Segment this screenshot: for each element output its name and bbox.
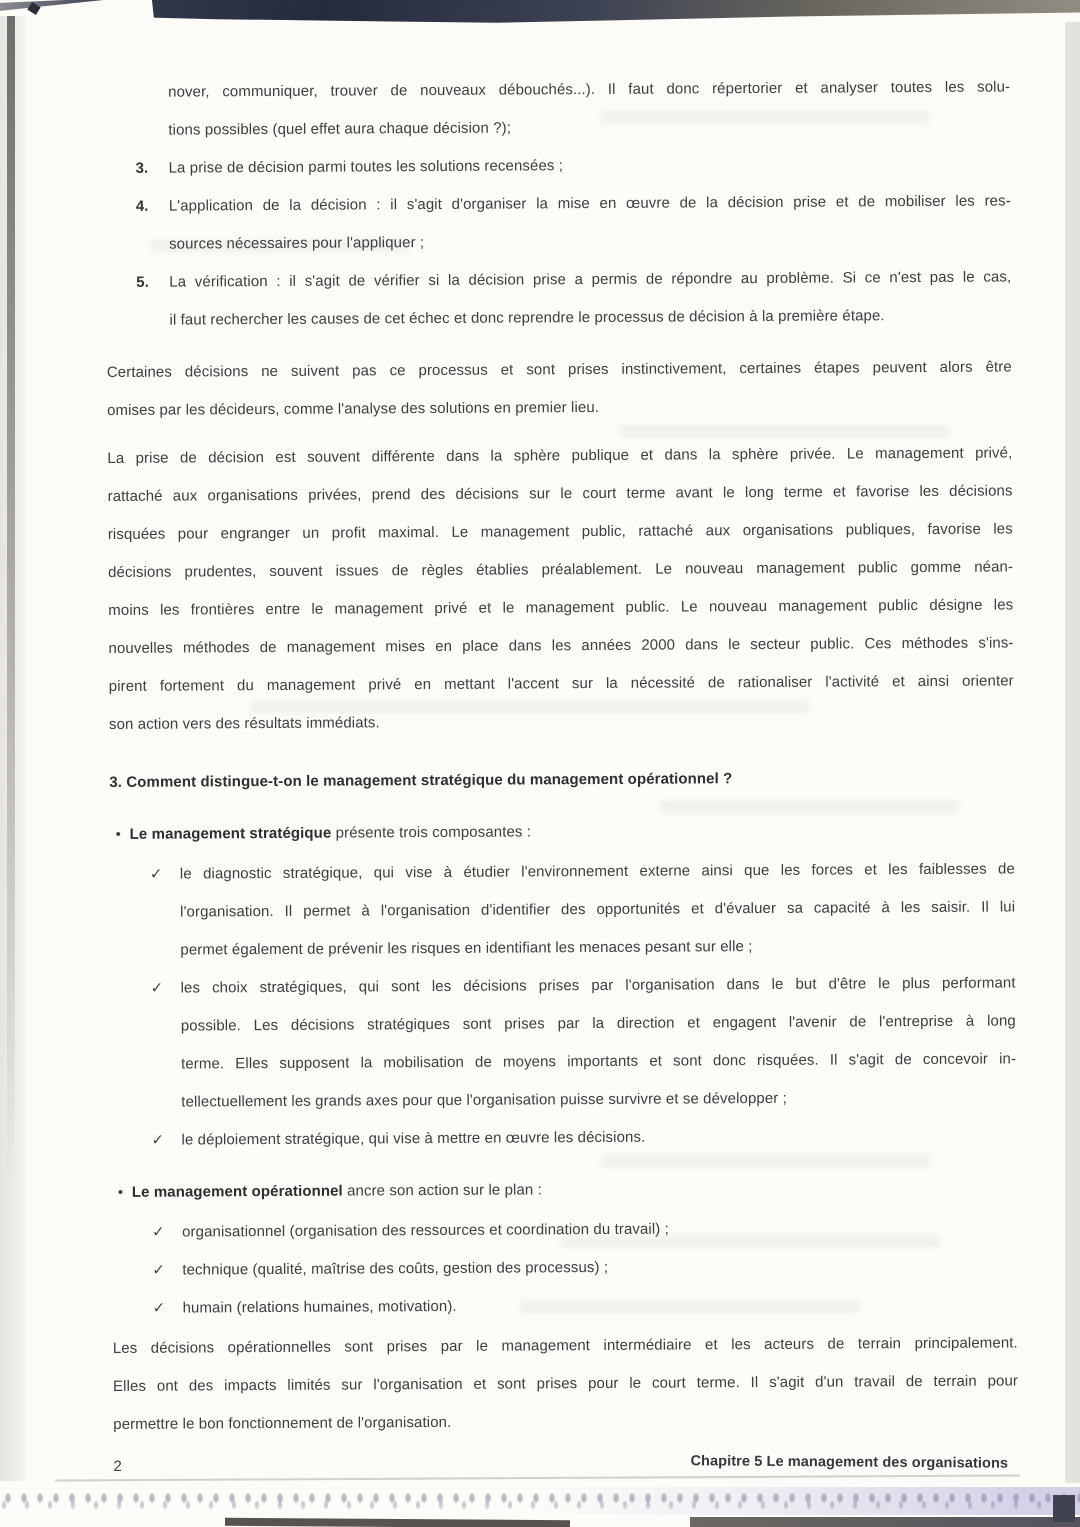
- check-item-humain: ✓ humain (relations humaines, motivation…: [112, 1284, 1017, 1328]
- intro-continuation-paragraph: nover, communiquer, trouver de nouveaux …: [105, 68, 1010, 150]
- text-line: Les décisions opérationnelles sont prise…: [113, 1324, 1018, 1368]
- text-line: permet également de prévenir les risques…: [180, 926, 1015, 969]
- text-line: pirent fortement du management privé en …: [109, 662, 1014, 706]
- paragraph-public-private-spheres: La prise de décision est souvent différe…: [107, 434, 1014, 744]
- checkmark-icon: ✓: [152, 1252, 165, 1290]
- text-line: La vérification : il s'agit de vérifier …: [169, 258, 1011, 301]
- text-line: Certaines décisions ne suivent pas ce pr…: [107, 348, 1012, 392]
- section-heading: 3. Comment distingue-t-on le management …: [109, 758, 1014, 802]
- scan-bottom-shadow: [225, 1518, 570, 1527]
- strategique-check-list: ✓ le diagnostic stratégique, qui vise à …: [110, 850, 1017, 1160]
- text-line: omises par les décideurs, comme l'analys…: [107, 386, 1012, 430]
- text-line: le déploiement stratégique, qui vise à m…: [181, 1116, 1016, 1159]
- text-line: terme. Elles supposent la mobilisation d…: [181, 1040, 1016, 1083]
- numbered-item-text: La prise de décision parmi toutes les so…: [168, 144, 1010, 187]
- checkmark-icon: ✓: [150, 856, 163, 894]
- text-line: rattaché aux organisations privées, pren…: [107, 472, 1012, 516]
- text-line: son action vers des résultats immédiats.: [109, 700, 1014, 744]
- numbered-item-5: 5. La vérification : il s'agit de vérifi…: [106, 258, 1011, 340]
- scan-bottom-shadow: [690, 1517, 1080, 1527]
- checkmark-icon: ✓: [151, 1122, 164, 1160]
- text-line: humain (relations humaines, motivation).: [182, 1284, 1017, 1327]
- text-line: L'application de la décision : il s'agit…: [169, 182, 1011, 225]
- check-item-technique: ✓ technique (qualité, maîtrise des coûts…: [112, 1246, 1017, 1290]
- text-line: La prise de décision parmi toutes les so…: [168, 144, 1010, 187]
- scan-bottom-fringe: [0, 1487, 1080, 1515]
- check-item-text: les choix stratégiques, qui sont les déc…: [180, 964, 1016, 1121]
- numbered-item-text: La vérification : il s'agit de vérifier …: [169, 258, 1011, 339]
- paragraph-operational-decisions: Les décisions opérationnelles sont prise…: [113, 1324, 1019, 1444]
- text-line: technique (qualité, maîtrise des coûts, …: [182, 1246, 1017, 1289]
- text-line: nouvelles méthodes de management mises e…: [108, 624, 1013, 668]
- bullet-management-operationnel: •Le management opérationnel ancre son ac…: [112, 1168, 1017, 1212]
- scan-left-strip: [7, 16, 15, 1196]
- numbered-item-text: L'application de la décision : il s'agit…: [169, 182, 1011, 263]
- list-marker: 3.: [135, 150, 148, 188]
- text-line: l'organisation. Il permet à l'organisati…: [180, 888, 1015, 931]
- check-item-organisationnel: ✓ organisationnel (organisation des ress…: [112, 1208, 1017, 1252]
- text-line: les choix stratégiques, qui sont les déc…: [180, 964, 1015, 1007]
- scan-corner-mark: [1053, 1495, 1075, 1522]
- checkmark-icon: ✓: [152, 1214, 165, 1252]
- bullet-rest-text: ancre son action sur le plan :: [343, 1181, 542, 1199]
- numbered-item-4: 4. L'application de la décision : il s'a…: [106, 182, 1011, 264]
- text-line: décisions prudentes, souvent issues de r…: [108, 548, 1013, 592]
- text-line: risquées pour engranger un profit maxima…: [108, 510, 1013, 554]
- text-line: possible. Les décisions stratégiques son…: [181, 1002, 1016, 1045]
- bullet-bold-label: Le management opérationnel: [132, 1183, 343, 1201]
- text-line: le diagnostic stratégique, qui vise à ét…: [180, 850, 1015, 893]
- scan-right-shadow: [1065, 22, 1080, 1483]
- checkmark-icon: ✓: [150, 970, 163, 1008]
- bullet-icon: •: [116, 816, 122, 854]
- paragraph-instinctive-decisions: Certaines décisions ne suivent pas ce pr…: [107, 348, 1012, 430]
- check-item-text: le déploiement stratégique, qui vise à m…: [181, 1116, 1016, 1159]
- text-line: sources nécessaires pour l'appliquer ;: [169, 220, 1011, 263]
- text-line: moins les frontières entre le management…: [108, 586, 1013, 630]
- operationnel-check-list: ✓ organisationnel (organisation des ress…: [112, 1208, 1018, 1328]
- page-content: nover, communiquer, trouver de nouveaux …: [105, 68, 1019, 1486]
- bullet-bold-label: Le management stratégique: [130, 825, 332, 843]
- text-line: Elles ont des impacts limités sur l'orga…: [113, 1362, 1018, 1406]
- numbered-item-3: 3. La prise de décision parmi toutes les…: [105, 144, 1010, 188]
- text-line: tellectuellement les grands axes pour qu…: [181, 1078, 1016, 1121]
- check-item-text: technique (qualité, maîtrise des coûts, …: [182, 1246, 1017, 1289]
- checkmark-icon: ✓: [152, 1290, 165, 1328]
- check-item-deploiement: ✓ le déploiement stratégique, qui vise à…: [111, 1116, 1016, 1160]
- text-line: La prise de décision est souvent différe…: [107, 434, 1012, 478]
- check-item-text: le diagnostic stratégique, qui vise à ét…: [180, 850, 1016, 969]
- check-item-choix: ✓ les choix stratégiques, qui sont les d…: [110, 964, 1016, 1122]
- check-item-text: humain (relations humaines, motivation).: [182, 1284, 1017, 1327]
- bullet-management-strategique: •Le management stratégique présente troi…: [110, 810, 1015, 854]
- list-marker: 5.: [136, 264, 149, 302]
- text-line: il faut rechercher les causes de cet éch…: [169, 296, 1011, 339]
- scan-top-shadow: [0, 0, 1080, 24]
- list-marker: 4.: [136, 188, 149, 226]
- text-line: nover, communiquer, trouver de nouveaux …: [168, 68, 1010, 111]
- text-line: permettre le bon fonctionnement de l'org…: [113, 1400, 1018, 1444]
- text-line: tions possibles (quel effet aura chaque …: [168, 106, 1010, 149]
- bullet-icon: •: [118, 1174, 124, 1212]
- check-item-diagnostic: ✓ le diagnostic stratégique, qui vise à …: [110, 850, 1016, 970]
- bullet-rest-text: présente trois composantes :: [331, 823, 531, 841]
- text-line: organisationnel (organisation des ressou…: [182, 1208, 1017, 1251]
- check-item-text: organisationnel (organisation des ressou…: [182, 1208, 1017, 1251]
